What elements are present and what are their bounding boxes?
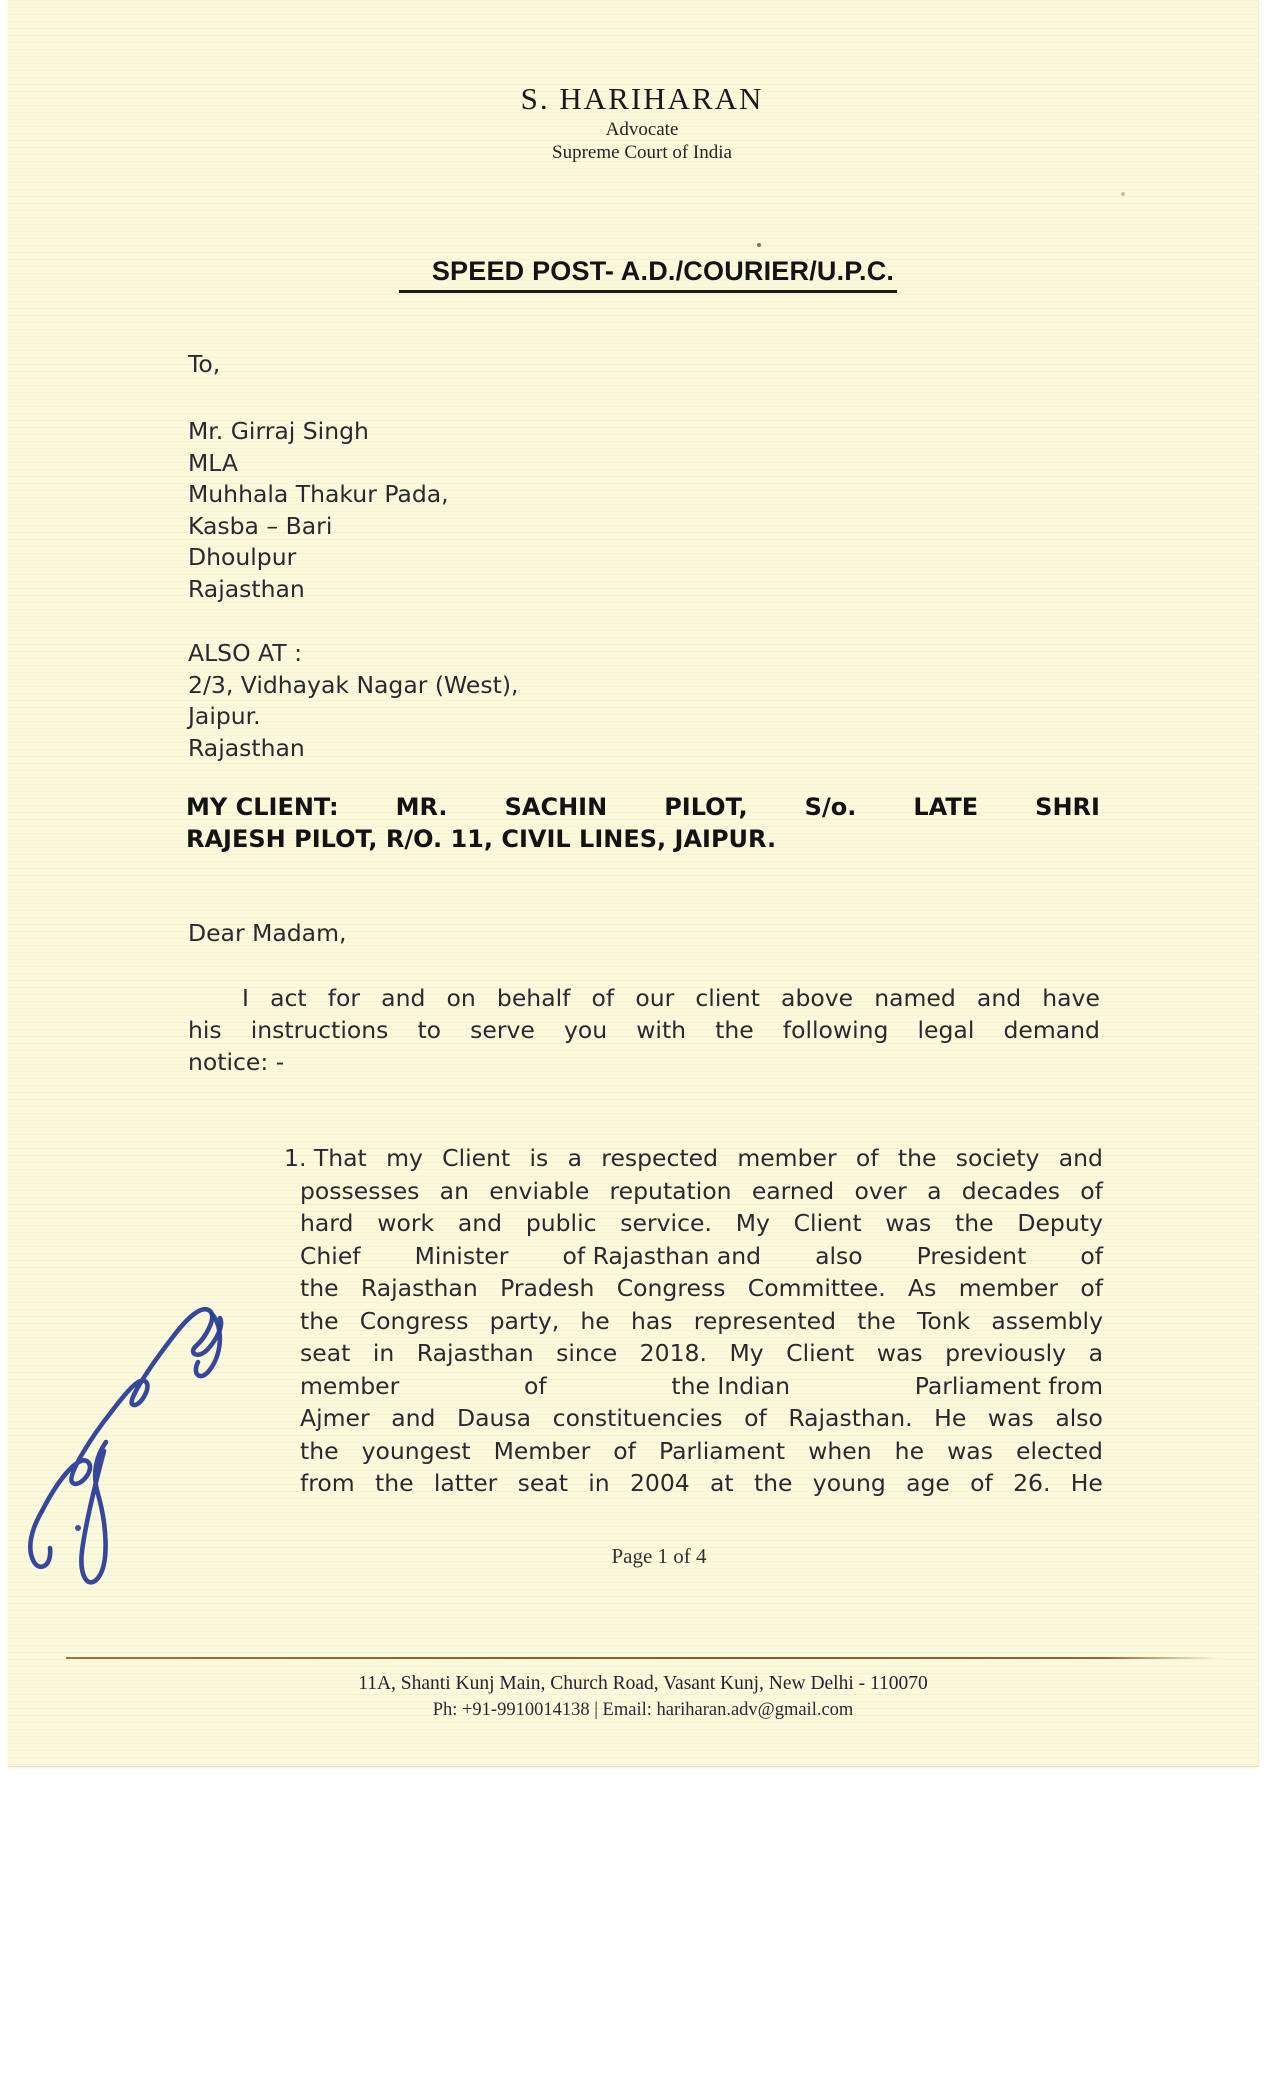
- also-at-line: Rajasthan: [188, 733, 518, 765]
- letterhead: S. HARIHARAN Advocate Supreme Court of I…: [8, 80, 1258, 164]
- recipient-line: Muhhala Thakur Pada,: [188, 479, 449, 511]
- paper-speck: [757, 243, 761, 247]
- body-item-1-line: theRajasthanPradeshCongressCommittee.Asm…: [284, 1273, 1103, 1306]
- paper-speck: [1121, 192, 1125, 196]
- recipient-line: Rajasthan: [188, 574, 449, 606]
- body-item-1-line: memberofthe IndianParliament from: [284, 1371, 1103, 1404]
- also-at-line: 2/3, Vidhayak Nagar (West),: [188, 670, 518, 702]
- footer-rule: [66, 1657, 1220, 1659]
- also-at-label: ALSO AT :: [188, 638, 518, 670]
- body-item-1-line: 1. ThatmyClientisarespectedmemberoftheso…: [284, 1143, 1103, 1176]
- body-item-1: 1. ThatmyClientisarespectedmemberoftheso…: [284, 1143, 1103, 1501]
- body-item-1-line: seatinRajasthansince2018.MyClientwasprev…: [284, 1338, 1103, 1371]
- recipient-line: Mr. Girraj Singh: [188, 416, 449, 448]
- also-at-line: Jaipur.: [188, 701, 518, 733]
- intro-paragraph: Iactforandonbehalfofourclientabovenameda…: [188, 983, 1100, 1080]
- body-item-1-line: ChiefMinisterof Rajasthan andalsoPreside…: [284, 1241, 1103, 1274]
- footer-address: 11A, Shanti Kunj Main, Church Road, Vasa…: [8, 1673, 1258, 1695]
- intro-line-2: hisinstructionstoserveyouwiththefollowin…: [188, 1015, 1100, 1047]
- body-item-1-line: AjmerandDausaconstituenciesofRajasthan.H…: [284, 1403, 1103, 1436]
- client-statement: MY CLIENT:MR.SACHINPILOT,S/o.LATESHRI RA…: [186, 793, 1100, 857]
- scanned-letter-page: { "page": { "background": "#ffffff", "pa…: [0, 0, 1275, 2100]
- body-item-1-line: possessesanenviablereputationearnedovera…: [284, 1176, 1103, 1209]
- recipient-line: MLA: [188, 448, 449, 480]
- recipient-line: Dhoulpur: [188, 542, 449, 574]
- letterhead-name: S. HARIHARAN: [8, 80, 1258, 118]
- intro-line-3: notice: -: [188, 1047, 1100, 1079]
- salutation: Dear Madam,: [188, 918, 346, 950]
- recipient-line: Kasba – Bari: [188, 511, 449, 543]
- footer-contact: Ph: +91-9910014138 | Email: hariharan.ad…: [8, 1700, 1258, 1721]
- body-item-1-line: fromthelatterseatin2004attheyoungageof26…: [284, 1468, 1103, 1501]
- body-item-1-line: hardworkandpublicservice.MyClientwastheD…: [284, 1208, 1103, 1241]
- body-item-1-line: theyoungestMemberofParliamentwhenhewasel…: [284, 1436, 1103, 1469]
- letterhead-subtitle: Supreme Court of India: [8, 141, 1258, 164]
- to-label: To,: [188, 349, 220, 381]
- client-line-2: RAJESH PILOT, R/O. 11, CIVIL LINES, JAIP…: [186, 825, 1100, 857]
- subject-line-wrap: SPEED POST- A.D./COURIER/U.P.C.: [8, 256, 1258, 293]
- body-item-1-line: theCongressparty,hehasrepresentedtheTonk…: [284, 1306, 1103, 1339]
- letterhead-title: Advocate: [8, 118, 1258, 141]
- recipient-address: Mr. Girraj Singh MLA Muhhala Thakur Pada…: [188, 416, 449, 606]
- page-marker: Page 1 of 4: [8, 1544, 1258, 1569]
- letter-paper: S. HARIHARAN Advocate Supreme Court of I…: [8, 0, 1259, 1767]
- client-line-1: MY CLIENT:MR.SACHINPILOT,S/o.LATESHRI: [186, 793, 1100, 825]
- intro-line-1: Iactforandonbehalfofourclientabovenameda…: [188, 983, 1100, 1015]
- also-at-address: ALSO AT : 2/3, Vidhayak Nagar (West), Ja…: [188, 638, 518, 764]
- subject-line: SPEED POST- A.D./COURIER/U.P.C.: [399, 256, 897, 293]
